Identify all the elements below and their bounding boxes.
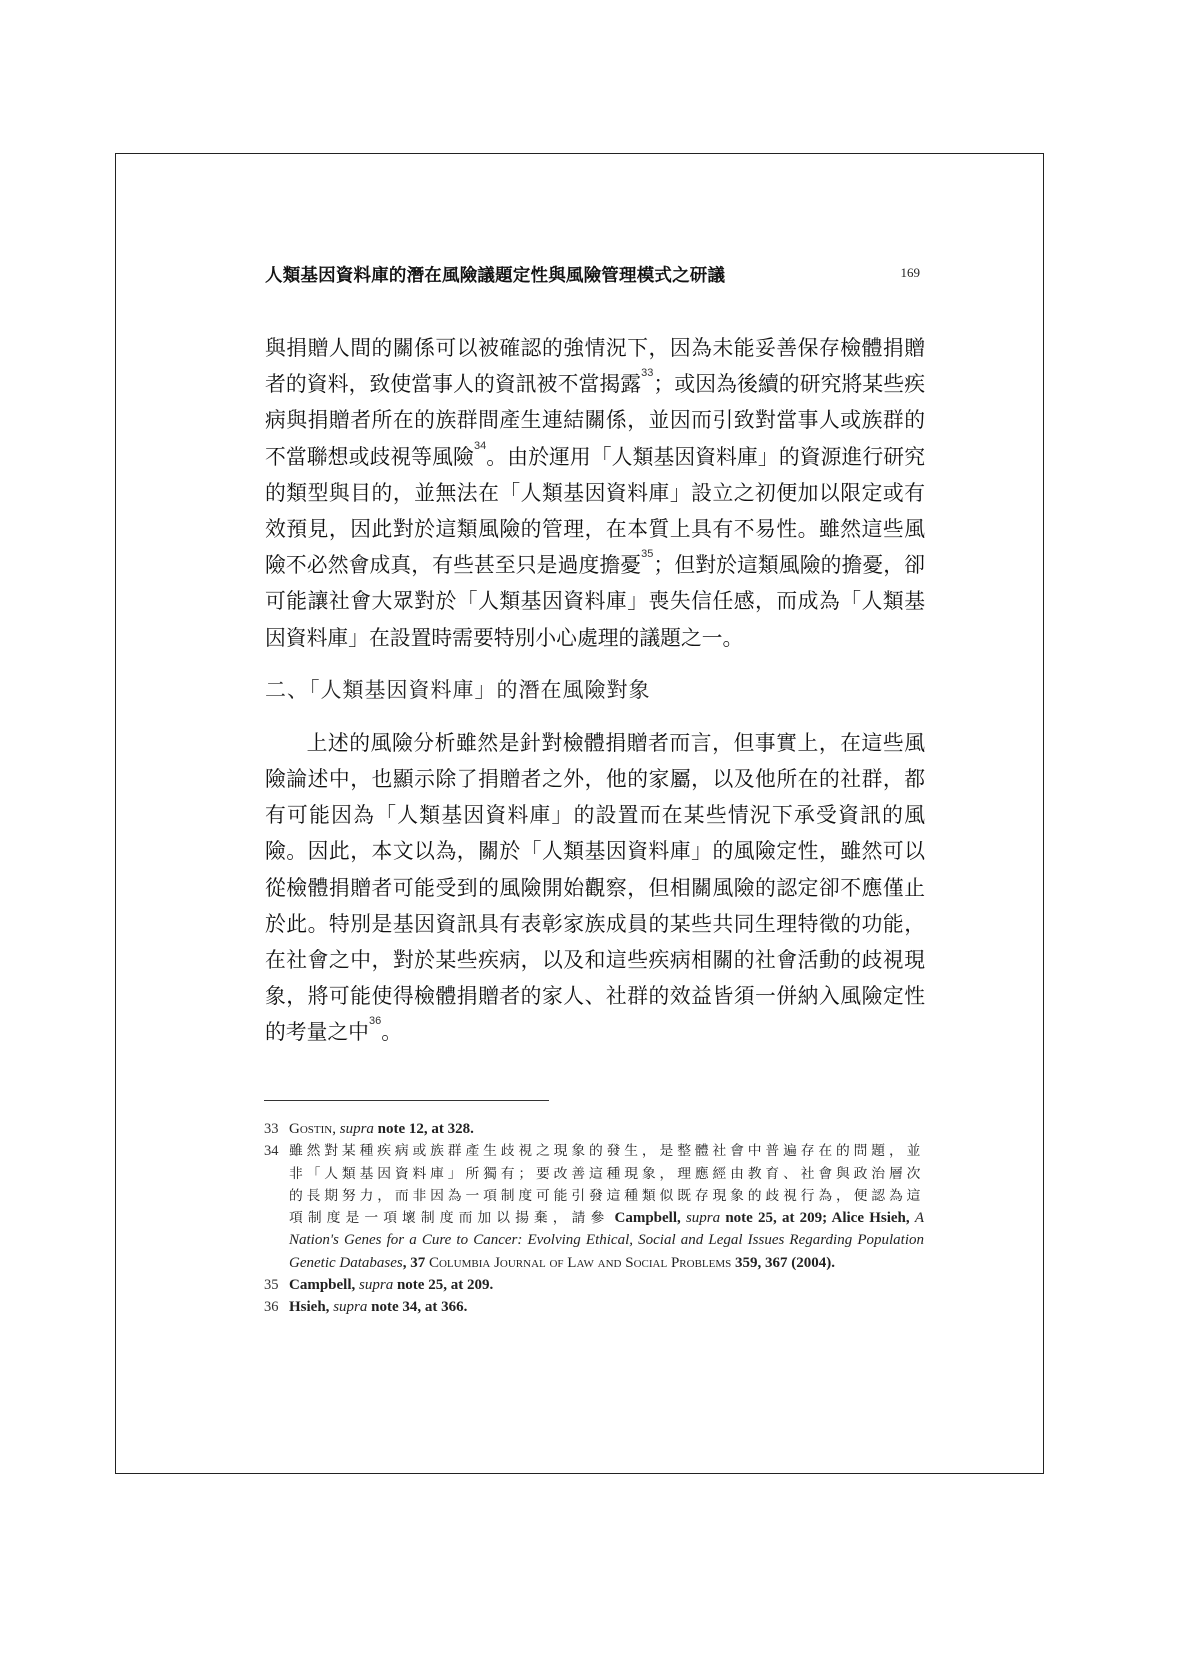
footnote-ref-34[interactable]: 34 bbox=[474, 440, 486, 452]
footnote-36: 36 Hsieh, supra note 34, at 366. bbox=[264, 1296, 924, 1318]
footnote-35: 35 Campbell, supra note 25, at 209. bbox=[264, 1274, 924, 1296]
separator: , bbox=[332, 1121, 340, 1137]
footnote-author: Gostin bbox=[289, 1121, 332, 1137]
footnote-author: Hsieh, bbox=[289, 1299, 333, 1315]
footnote-33: 33 Gostin, supra note 12, at 328. bbox=[264, 1118, 924, 1140]
supra: supra bbox=[686, 1210, 720, 1226]
footnote-ref-36[interactable]: 36 bbox=[369, 1015, 381, 1027]
footnote-ref-35[interactable]: 35 bbox=[641, 548, 653, 560]
body-text: 與捐贈人間的關係可以被確認的強情況下，因為未能妥善保存檢體捐贈者的資料，致使當事… bbox=[265, 330, 925, 1051]
page-number: 169 bbox=[901, 265, 921, 281]
footnote-ref-33[interactable]: 33 bbox=[641, 367, 653, 379]
running-head: 人類基因資料庫的潛在風險議題定性與風險管理模式之研議 169 bbox=[265, 262, 925, 288]
footnote-number: 36 bbox=[264, 1296, 279, 1318]
paragraph-text: 上述的風險分析雖然是針對檢體捐贈者而言，但事實上，在這些風險論述中，也顯示除了捐… bbox=[265, 731, 925, 1045]
footnote-34: 34 雖然對某種疾病或族群產生歧視之現象的發生，是整體社會中普遍存在的問題，並非… bbox=[264, 1140, 924, 1274]
pages: 359, 367 (2004). bbox=[731, 1255, 835, 1271]
supra: supra bbox=[333, 1299, 367, 1315]
running-title: 人類基因資料庫的潛在風險議題定性與風險管理模式之研議 bbox=[265, 262, 725, 287]
footnote-author: Campbell, bbox=[609, 1210, 686, 1226]
supra: supra bbox=[359, 1277, 393, 1293]
footnote-author: Campbell, bbox=[289, 1277, 359, 1293]
section-heading: 二、「人類基因資料庫」的潛在風險對象 bbox=[265, 672, 925, 708]
paragraph-2: 上述的風險分析雖然是針對檢體捐贈者而言，但事實上，在這些風險論述中，也顯示除了捐… bbox=[265, 725, 925, 1051]
footnote-number: 33 bbox=[264, 1118, 279, 1140]
footnote-separator bbox=[264, 1100, 549, 1101]
footnote-cite: note 25, at 209. bbox=[393, 1277, 493, 1293]
supra: supra bbox=[340, 1121, 374, 1137]
footnote-cite: note 25, at 209; Alice Hsieh, bbox=[720, 1210, 915, 1226]
footnote-number: 35 bbox=[264, 1274, 279, 1296]
footnote-cite: note 12, at 328. bbox=[374, 1121, 474, 1137]
paragraph-text: 。 bbox=[381, 1020, 402, 1044]
paragraph-1: 與捐贈人間的關係可以被確認的強情況下，因為未能妥善保存檢體捐贈者的資料，致使當事… bbox=[265, 330, 925, 656]
footnote-number: 34 bbox=[264, 1140, 279, 1162]
footnotes: 33 Gostin, supra note 12, at 328. 34 雖然對… bbox=[264, 1118, 924, 1319]
volume: , 37 bbox=[403, 1255, 429, 1271]
footnote-cite: note 34, at 366. bbox=[367, 1299, 467, 1315]
journal-name: Columbia Journal of Law and Social Probl… bbox=[429, 1255, 731, 1271]
